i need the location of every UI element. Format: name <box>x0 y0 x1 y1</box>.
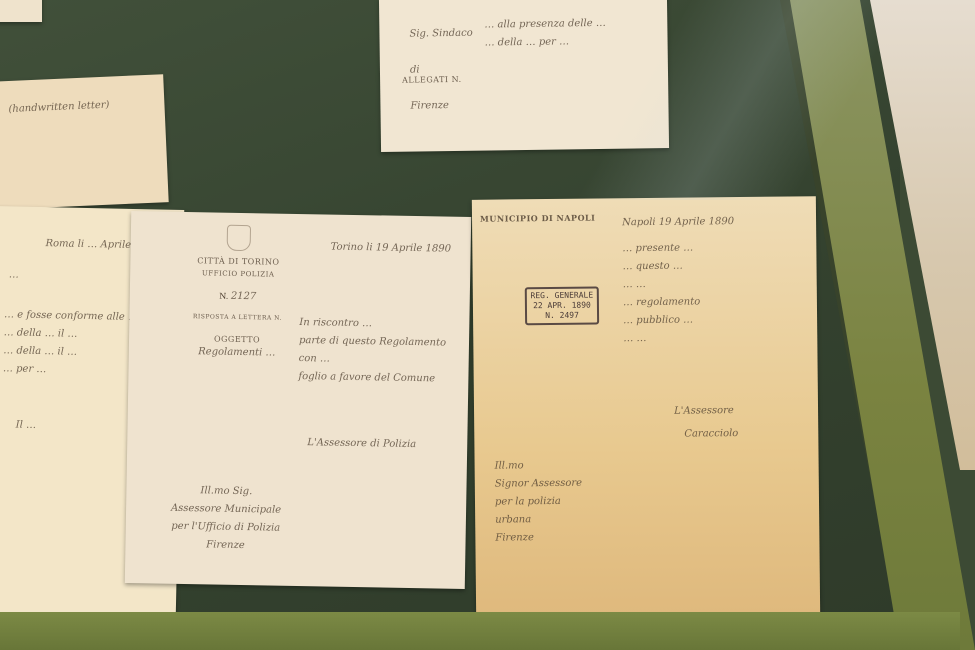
dateline: Torino li 19 Aprile 1890 <box>331 239 452 259</box>
signature: Il … <box>16 417 37 435</box>
addressee: Ill.mo Sig. Assessore Municipale per l'U… <box>155 482 296 556</box>
subject-value: Regolamenti … <box>189 343 285 363</box>
signature-title: L'Assessore <box>674 402 734 421</box>
letterhead-city: Città di Torino <box>190 256 286 267</box>
addressee: Ill.mo Signor Assessore per la polizia u… <box>495 456 656 548</box>
document-naples-letter: Municipio di Napoli REG. GENERALE 22 APR… <box>472 196 820 616</box>
document-turin-letter: Città di Torino Ufficio Polizia N. 2127 … <box>125 211 471 589</box>
dateline: Napoli 19 Aprile 1890 <box>622 213 734 232</box>
document-top-letter: Sig. Sindaco di Firenze Allegati N. … al… <box>379 0 669 152</box>
reference-number: … <box>9 266 19 284</box>
number-label: N. <box>219 292 228 301</box>
stamp-line: REG. GENERALE <box>530 291 594 302</box>
reply-label: Risposta a lettera N. <box>189 313 285 322</box>
addressee-line: Sig. Sindaco <box>409 25 473 44</box>
letter-body: … presente … … questo … … … … regolament… <box>622 239 773 349</box>
letterhead: Città di Torino Ufficio Polizia N. 2127 … <box>189 224 287 363</box>
signature-title: L'Assessore di Polizia <box>307 434 416 454</box>
document-top-left-letter: (handwritten letter) <box>0 74 169 210</box>
coat-of-arms-icon <box>227 225 251 251</box>
letterhead-office: Ufficio Polizia <box>190 269 286 279</box>
stamp-date: 22 APR. 1890 <box>530 301 594 312</box>
document-corner-fragment <box>0 0 42 22</box>
letter-body: In riscontro … parte di questo Regolamen… <box>298 314 459 389</box>
case-frame-bottom <box>0 612 960 650</box>
protocol-number: N. 2127 <box>190 287 286 307</box>
number-value: 2127 <box>231 291 257 302</box>
registry-stamp: REG. GENERALE 22 APR. 1890 N. 2497 <box>525 286 599 325</box>
signature: Caracciolo <box>684 425 738 444</box>
letter-body: … alla presenza delle … … della … per … <box>484 14 659 52</box>
attachments-label: Allegati N. <box>402 75 462 85</box>
addressee-line: Firenze <box>410 97 474 116</box>
addressee-lines: Sig. Sindaco di Firenze <box>409 7 474 134</box>
letter-body: (handwritten letter) <box>8 95 149 119</box>
stamp-number: N. 2497 <box>530 311 594 322</box>
display-case-photo: Sig. Sindaco di Firenze Allegati N. … al… <box>0 0 975 650</box>
letterhead: Municipio di Napoli <box>480 213 595 224</box>
